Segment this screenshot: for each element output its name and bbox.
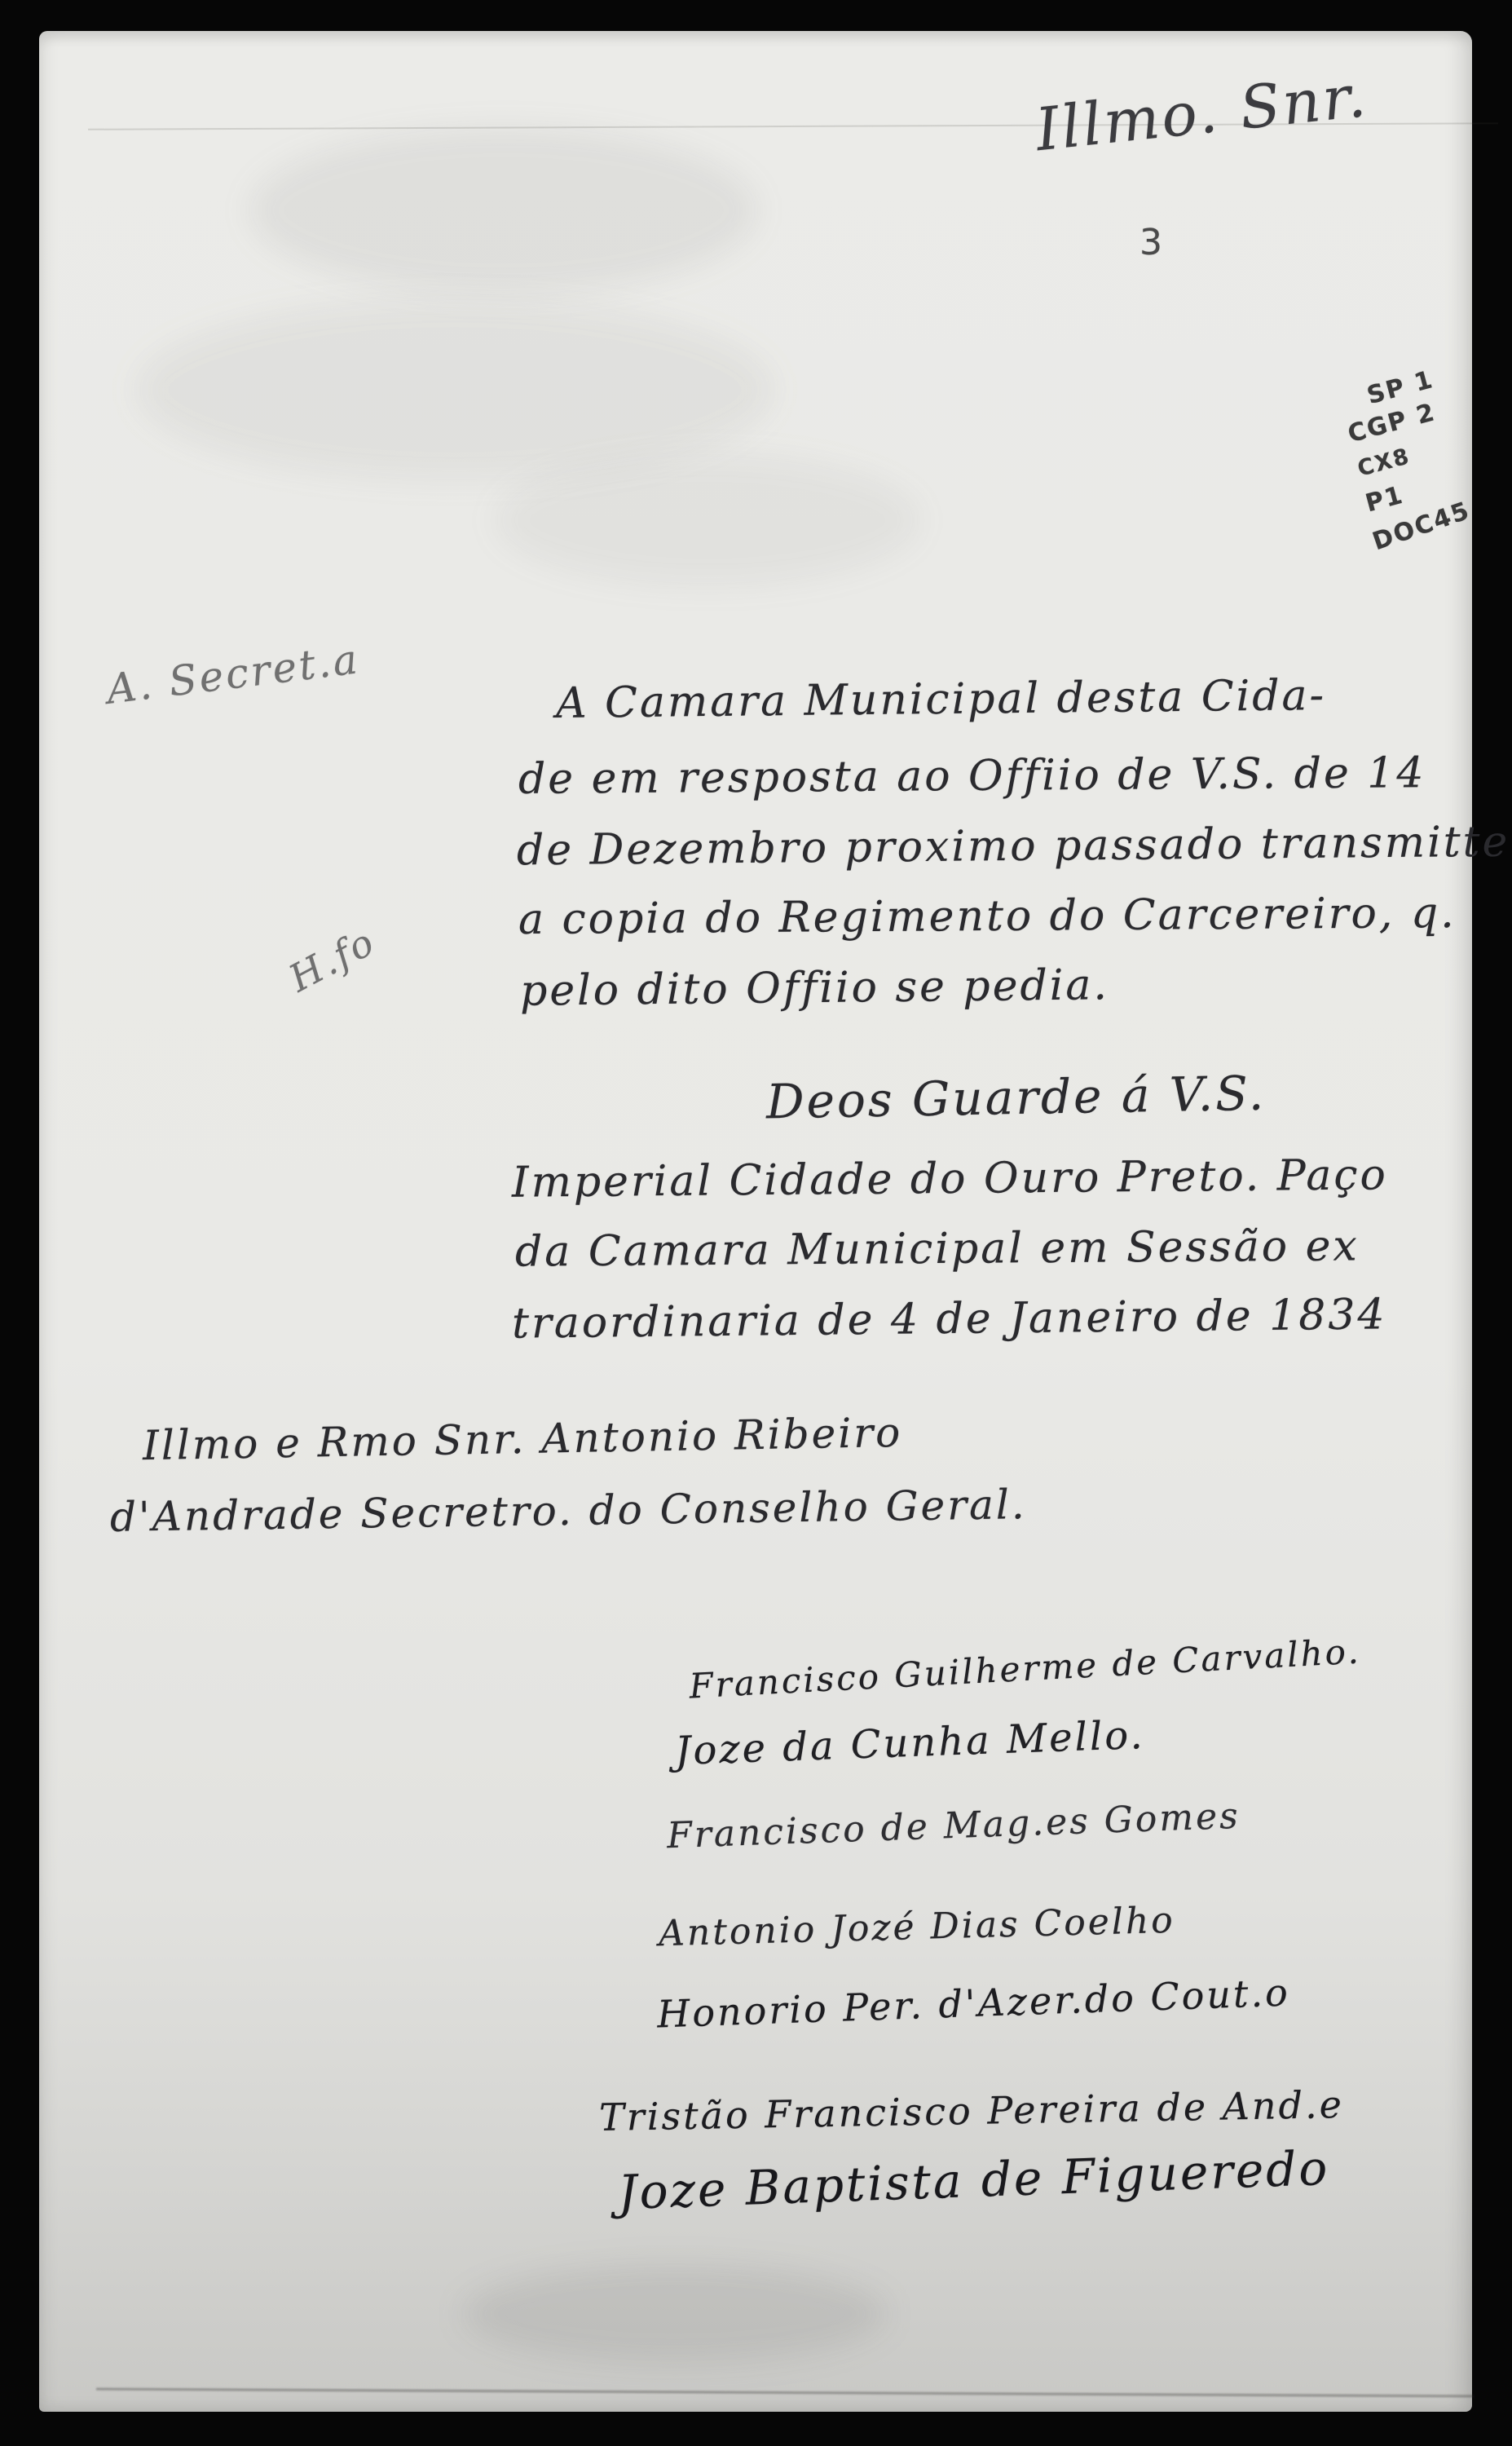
body-line: de Dezembro proximo passado transmitte [517,818,1510,876]
closing-line: da Camara Municipal em Sessão ex [515,1221,1360,1276]
body-line: a copia do Regimento do Carcereiro, q. [518,889,1457,944]
body-line: de em resposta ao Offiio de V.S. de 14 [518,748,1426,804]
manuscript-page [39,31,1472,2412]
page-number: 3 [1140,222,1165,263]
show-through-smudge [137,300,773,479]
body-line: pelo dito Offiio se pedia. [520,960,1109,1016]
archival-stamp: SP 1 CGP 2 CX8 P1 DOC45 [1343,365,1472,545]
scan-background: Illmo. Snr. 3 SP 1 CGP 2 CX8 P1 DOC45 A.… [0,0,1512,2446]
closing-line: traordinaria de 4 de Janeiro de 1834 [512,1290,1387,1348]
show-through-smudge [496,455,919,585]
show-through-smudge [251,129,756,292]
closing-line: Imperial Cidade do Ouro Preto. Paço [512,1150,1388,1207]
stain [463,2265,887,2363]
body-line: A Camara Municipal desta Cida- [556,671,1327,728]
paper-bottom-crease [96,2388,1474,2398]
closing-line: Deos Guarde á V.S. [765,1066,1266,1130]
